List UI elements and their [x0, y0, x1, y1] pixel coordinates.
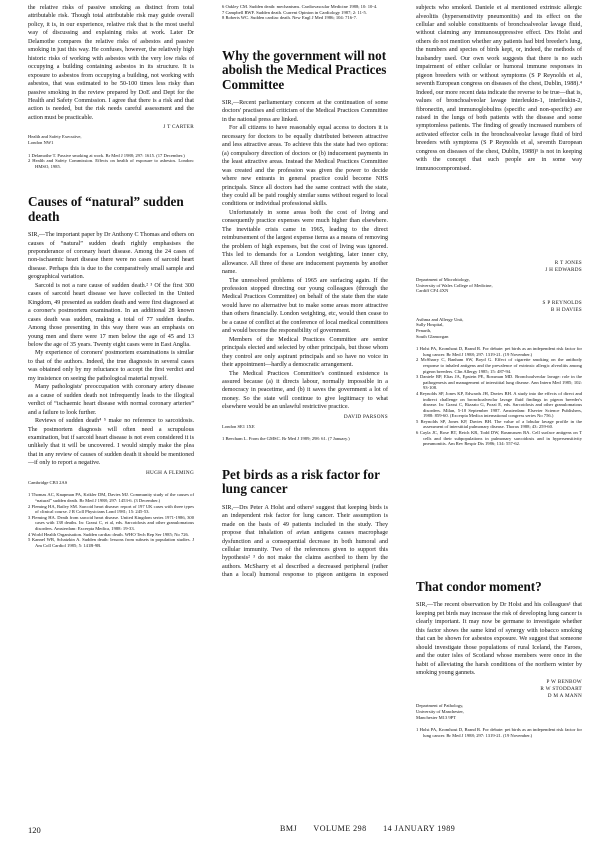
body-paragraph-continued: SIR,—Drs Peter A Holst and others¹ sugge… [416, 4, 582, 173]
column-1: the relative risks of passive smoking as… [28, 4, 194, 548]
article-pet-birds-continued: SIR,—Drs Peter A Holst and others¹ sugge… [416, 4, 582, 258]
body-paragraph: Sarcoid is not a rare cause of sudden de… [28, 282, 194, 350]
letter-continuation: the relative risks of passive smoking as… [28, 4, 194, 169]
body-paragraph: The Medical Practices Committee's contin… [222, 370, 388, 412]
author-signature: B H DAVIES [416, 307, 582, 314]
reference: 4 Reynolds SP, Jones KP, Edwards JH, Dav… [416, 391, 582, 419]
issue-date: 14 JANUARY 1989 [383, 824, 455, 833]
author-address: Department of Microbiology, University o… [416, 277, 582, 294]
page-footer: BMJ VOLUME 298 14 JANUARY 1989 [280, 824, 469, 833]
reference: 3 Fleming HA. Death from sarcoid heart d… [28, 515, 194, 532]
reference-list: 1 Delamothe T. Passive smoking at work. … [28, 153, 194, 170]
reference: 2 McSharry C, Banham SW, Boyd G. Effect … [416, 357, 582, 374]
article-medical-practices-committee: Why the government will not abolish the … [222, 49, 388, 442]
body-paragraph: The unresolved problems of 1965 are surf… [222, 277, 388, 336]
reference: 1 Beecham L. From the GMSC. Br Med J 198… [222, 436, 388, 442]
reference: 2 Fleming HA, Bailey SM. Sarcoid heart d… [28, 504, 194, 515]
reference: 8 Roberts WC. Sudden cardiac death. New … [222, 15, 388, 21]
author-signature: J H EDWARDS [416, 267, 582, 274]
author-signature: R T JONES [416, 260, 582, 267]
body-paragraph: Many pathologists' preoccupation with co… [28, 383, 194, 417]
author-signature: HUGH A FLEMING [28, 470, 194, 477]
page-number: 120 [28, 825, 41, 835]
reference: 1 Holst PA, Kromhout D, Brand R. For deb… [416, 346, 582, 357]
reference: 5 Kannel WB, Schatzkin A. Sudden death: … [28, 537, 194, 548]
reference-list: 1 Holst PA, Kromhout D, Brand R. For deb… [416, 346, 582, 447]
article-causes-of-sudden-death: Causes of “natural” sudden death SIR,—Th… [28, 195, 194, 548]
reference: 6 Cayla JC, Rose BT, Reich KR, Todd DW, … [416, 430, 582, 447]
author-signature: R W STODDART [416, 686, 582, 693]
body-paragraph: For all citizens to have reasonably equa… [222, 124, 388, 209]
article-title: Why the government will not abolish the … [222, 49, 388, 92]
body-paragraph: SIR,—Drs Peter A Holst and others¹ sugge… [222, 504, 388, 580]
reference-list: 1 Beecham L. From the GMSC. Br Med J 198… [222, 436, 388, 442]
article-pet-birds: Pet birds as a risk factor for lung canc… [222, 468, 388, 580]
journal-name: BMJ [280, 824, 297, 833]
author-signature: DAVID PARSONS [222, 414, 388, 421]
journal-volume: VOLUME 298 [313, 824, 366, 833]
body-paragraph: Members of the Medical Practices Committ… [222, 336, 388, 370]
body-paragraph: the relative risks of passive smoking as… [28, 4, 194, 122]
author-address: Health and Safety Executive, London NW1 [28, 134, 194, 145]
reference: 1 Holst PA, Kromhout D, Brand R. For deb… [416, 727, 582, 738]
column-3: SIR,—Drs Peter A Holst and others¹ sugge… [416, 4, 582, 447]
author-signature: P W BENBOW [416, 679, 582, 686]
article-condor-moment: That condor moment? SIR,—The recent obse… [416, 580, 582, 738]
column-2: 6 Oakley CM. Sudden death: mechanisms. C… [222, 4, 388, 580]
body-paragraph: SIR,—Recent parliamentary concern at the… [222, 99, 388, 124]
reference: 3 Daniele RP, Elias JA, Epstein PE, Ross… [416, 374, 582, 391]
body-paragraph: My experience of coroners' postmortem ex… [28, 349, 194, 383]
body-paragraph: SIR,—The recent observation by Dr Holst … [416, 601, 582, 677]
author-address: Department of Pathology, University of M… [416, 703, 582, 720]
author-address: London SE1 1XE [222, 424, 388, 430]
body-paragraph: SIR,—The important paper by Dr Anthony C… [28, 231, 194, 282]
author-signature: J T CARTER [28, 124, 194, 131]
reference-list: 1 Thomas AC, Knapman PA, Krikler DM, Dav… [28, 492, 194, 548]
reference-list-continued: 6 Oakley CM. Sudden death: mechanisms. C… [222, 4, 388, 21]
reference-list: 1 Holst PA, Kromhout D, Brand R. For deb… [416, 727, 582, 738]
article-title: That condor moment? [416, 580, 582, 594]
body-paragraph: Reviews of sudden death⁴ ⁵ make no refer… [28, 417, 194, 468]
article-title: Causes of “natural” sudden death [28, 195, 194, 224]
reference: 1 Thomas AC, Knapman PA, Krikler DM, Dav… [28, 492, 194, 503]
article-title: Pet birds as a risk factor for lung canc… [222, 468, 388, 497]
reference: 5 Reynolds SP, Jones KP, Davies BH. The … [416, 419, 582, 430]
body-paragraph: Unfortunately in some areas both the cos… [222, 209, 388, 277]
reference: 2 Health and Safety Commission. Effects … [28, 158, 194, 169]
reference: 6 Oakley CM. Sudden death: mechanisms. C… [222, 4, 388, 10]
author-address: Cambridge CB3 2AS [28, 480, 194, 486]
author-signature: D M A MANN [416, 693, 582, 700]
author-signature: S P REYNOLDS [416, 300, 582, 307]
author-address: Asthma and Allergy Unit, Sully Hospital,… [416, 317, 582, 339]
